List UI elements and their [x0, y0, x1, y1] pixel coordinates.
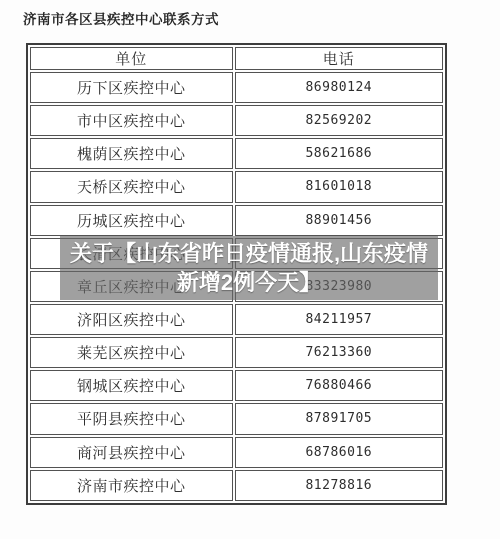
phone-cell: 76213360: [235, 337, 443, 368]
table-row: 平阴县疾控中心87891705: [30, 403, 443, 434]
phone-cell: 84211957: [235, 304, 443, 335]
phone-cell: 58621686: [235, 138, 443, 169]
unit-cell: 历城区疾控中心: [30, 205, 233, 236]
phone-cell: 76880466: [235, 370, 443, 401]
unit-cell: 历下区疾控中心: [30, 72, 233, 103]
phone-cell: 82569202: [235, 105, 443, 136]
unit-cell: 商河县疾控中心: [30, 437, 233, 468]
column-header-unit: 单位: [30, 47, 233, 70]
phone-cell: 88901456: [235, 205, 443, 236]
table-row: 济阳区疾控中心84211957: [30, 304, 443, 335]
page: 济南市各区县疾控中心联系方式 单位 电话 历下区疾控中心86980124市中区疾…: [0, 0, 500, 539]
unit-cell: 莱芜区疾控中心: [30, 337, 233, 368]
unit-cell: 济南市疾控中心: [30, 470, 233, 501]
unit-cell: 济阳区疾控中心: [30, 304, 233, 335]
table-row: 济南市疾控中心81278816: [30, 470, 443, 501]
table-row: 槐荫区疾控中心58621686: [30, 138, 443, 169]
table-row: 历下区疾控中心86980124: [30, 72, 443, 103]
phone-cell: 87891705: [235, 403, 443, 434]
unit-cell: 钢城区疾控中心: [30, 370, 233, 401]
news-watermark-overlay: 关于【山东省昨日疫情通报,山东疫情 新增2例今天】: [60, 236, 438, 300]
column-header-phone: 电话: [235, 47, 443, 70]
table-row: 天桥区疾控中心81601018: [30, 171, 443, 202]
table-row: 莱芜区疾控中心76213360: [30, 337, 443, 368]
overlay-text-line2: 新增2例今天】: [177, 268, 321, 297]
unit-cell: 天桥区疾控中心: [30, 171, 233, 202]
table-header-row: 单位 电话: [30, 47, 443, 70]
table-row: 商河县疾控中心68786016: [30, 437, 443, 468]
unit-cell: 槐荫区疾控中心: [30, 138, 233, 169]
table-row: 钢城区疾控中心76880466: [30, 370, 443, 401]
phone-cell: 68786016: [235, 437, 443, 468]
unit-cell: 市中区疾控中心: [30, 105, 233, 136]
table-row: 市中区疾控中心82569202: [30, 105, 443, 136]
phone-cell: 81601018: [235, 171, 443, 202]
phone-cell: 81278816: [235, 470, 443, 501]
table-row: 历城区疾控中心88901456: [30, 205, 443, 236]
phone-cell: 86980124: [235, 72, 443, 103]
page-title: 济南市各区县疾控中心联系方式: [23, 8, 219, 28]
unit-cell: 平阴县疾控中心: [30, 403, 233, 434]
overlay-text-line1: 关于【山东省昨日疫情通报,山东疫情: [70, 239, 428, 268]
